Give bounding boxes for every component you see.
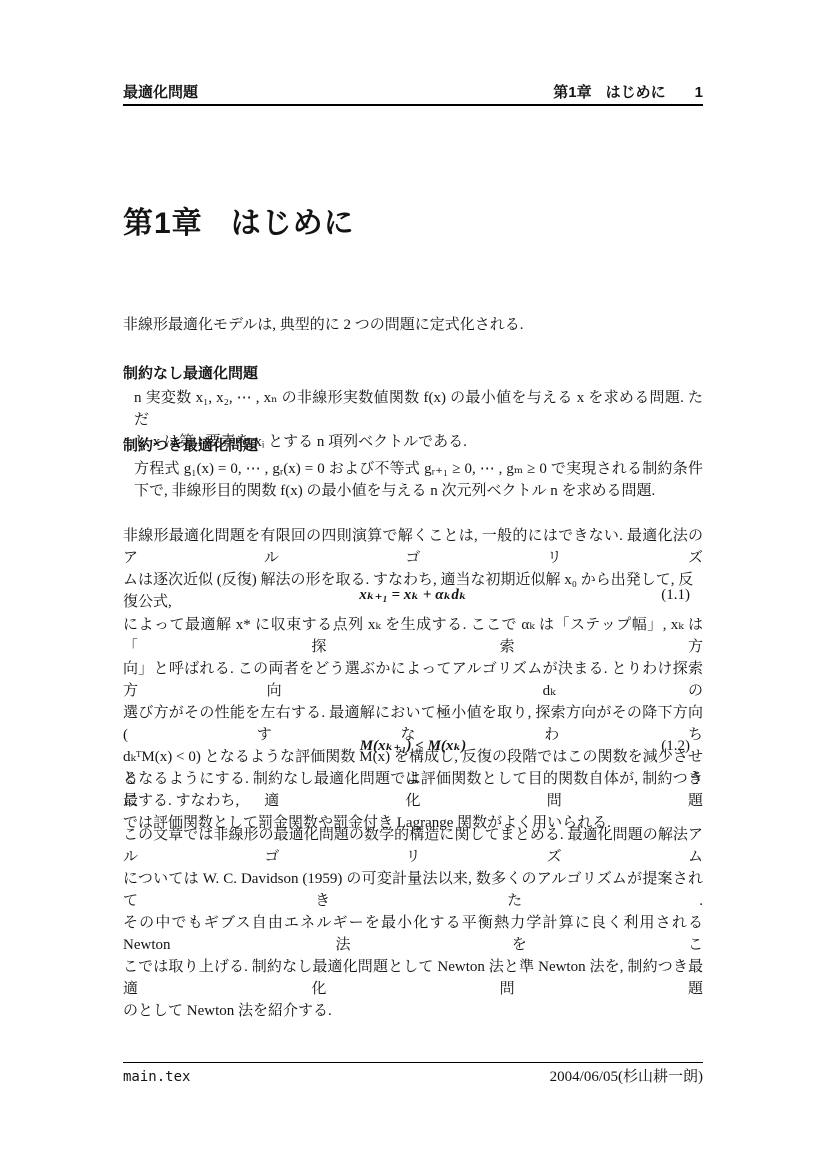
equation-1-1: xₖ₊₁ = xₖ + αₖdₖ (1.1) [123, 584, 703, 606]
text-line: その中でもギブス自由エネルギーを最小化する平衡熱力学計算に良く利用される New… [123, 912, 703, 956]
text-line: 下で, 非線形目的関数 f(x) の最小値を与える n 次元列ベクトル n を求… [134, 480, 703, 502]
footer-date-author: 2004/06/05(杉山耕一朗) [550, 1068, 703, 1086]
overview-paragraph: この文章では非線形の最適化問題の数学的構造に関してまとめる. 最適化問題の解法ア… [123, 824, 703, 1022]
running-head-title: はじめに [606, 84, 666, 101]
page-footer: main.tex 2004/06/05(杉山耕一朗) [123, 1062, 703, 1086]
intro-paragraph: 非線形最適化モデルは, 典型的に 2 つの問題に定式化される. [123, 314, 703, 336]
equation-1-2-formula: M(xₖ₊₁) < M(xₖ) [360, 738, 467, 754]
equation-1-1-formula: xₖ₊₁ = xₖ + αₖdₖ [359, 587, 466, 603]
text-line: こでは取り上げる. 制約なし最適化問題として Newton 法と準 Newton… [123, 956, 703, 1000]
constrained-problem-body: 方程式 g₁(x) = 0, ⋯ , gᵣ(x) = 0 および不等式 gᵣ₊₁… [134, 458, 703, 502]
unconstrained-problem-heading: 制約なし最適化問題 [123, 363, 703, 385]
footer-filename: main.tex [123, 1068, 190, 1086]
text-line: については W. C. Davidson (1959) の可変計量法以来, 数多… [123, 868, 703, 912]
text-line: によって最適解 x* に収束する点列 xₖ を生成する. ここで αₖ は「ステ… [123, 614, 703, 658]
constrained-problem-heading: 制約つき最適化問題 [123, 435, 703, 457]
text-line: この文章では非線形の最適化問題の数学的構造に関してまとめる. 最適化問題の解法ア… [123, 824, 703, 868]
text-line: のとして Newton 法を紹介する. [123, 1000, 703, 1022]
equation-1-2: M(xₖ₊₁) < M(xₖ) (1.2) [123, 735, 703, 757]
text-line: 向」と呼ばれる. この両者をどう選ぶかによってアルゴリズムが決まる. とりわけ探… [123, 658, 703, 702]
running-head-right: 第1章はじめに1 [553, 84, 703, 101]
page-number: 1 [695, 84, 703, 101]
chapter-title: はじめに [231, 207, 355, 240]
running-head-left: 最適化問題 [123, 84, 198, 101]
chapter-heading: 第1章はじめに [123, 206, 355, 242]
page-header: 最適化問題 第1章はじめに1 [123, 84, 703, 106]
equation-1-2-number: (1.2) [661, 735, 690, 757]
running-head-chapter: 第1章 [553, 84, 591, 101]
text-line: となるようにする. 制約なし最適化問題では評価関数として目的関数自体が, 制約つ… [123, 768, 703, 812]
text-line: n 実変数 x₁, x₂, ⋯ , xₙ の非線形実数値関数 f(x) の最小値… [134, 387, 703, 431]
chapter-number: 第1章 [123, 207, 203, 240]
text-line: 方程式 g₁(x) = 0, ⋯ , gᵣ(x) = 0 および不等式 gᵣ₊₁… [134, 458, 703, 480]
text-line: 非線形最適化問題を有限回の四則演算で解くことは, 一般的にはできない. 最適化法… [123, 525, 703, 569]
equation-1-1-number: (1.1) [661, 584, 690, 606]
